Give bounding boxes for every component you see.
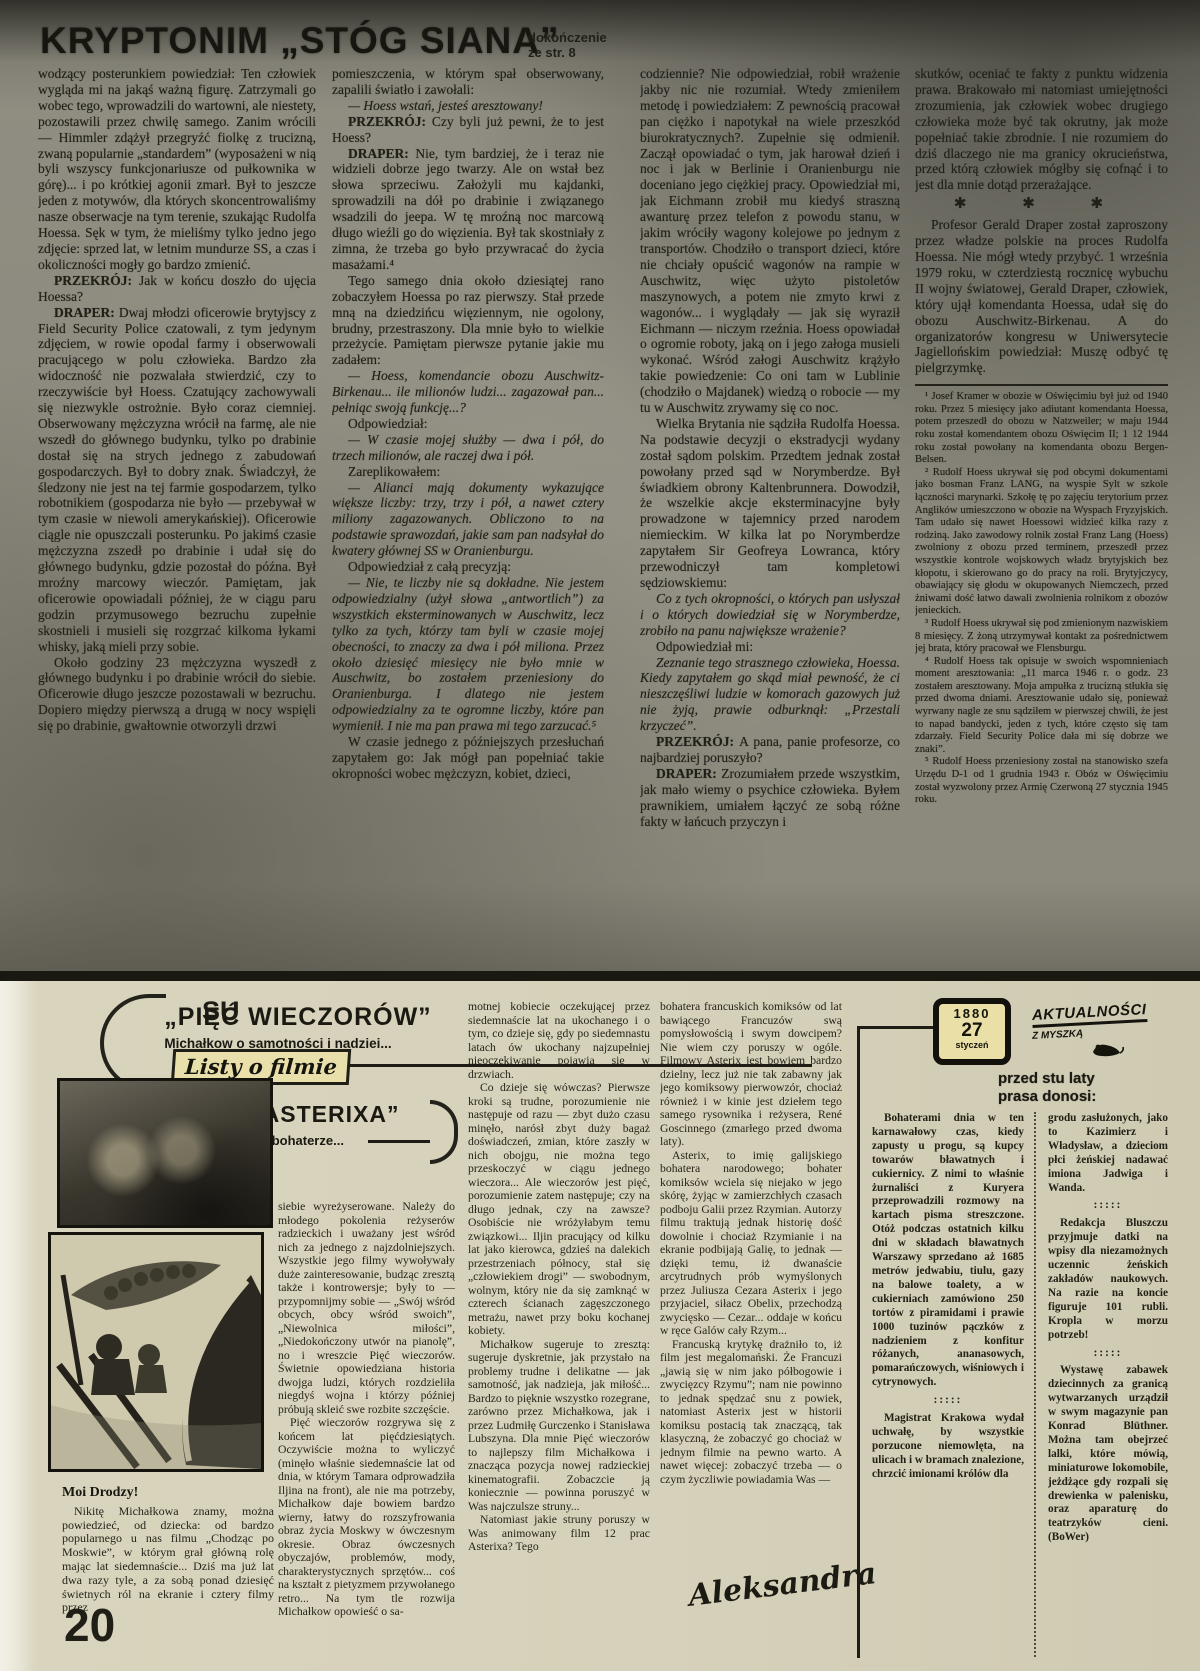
paragraph: Odpowiedział mi: bbox=[640, 639, 900, 655]
history-heading: przed stu laty prasa donosi: bbox=[998, 1070, 1178, 1106]
asterix-boat-illustration bbox=[51, 1235, 261, 1469]
history-column-left: Bohaterami dnia w ten karnawałowy czas, … bbox=[872, 1112, 1024, 1660]
continuation-note: dokończenie ze str. 8 bbox=[528, 30, 607, 60]
paragraph: ⁴ Rudolf Hoess tak opisuje w swoich wspo… bbox=[915, 656, 1168, 757]
paragraph: PRZEKRÓJ: Jak w końcu doszło do ujęcia H… bbox=[38, 273, 316, 305]
paragraph: ¹ Josef Kramer w obozie w Oświęcimiu był… bbox=[915, 391, 1168, 467]
paragraph: Wystawę zabawek dziecinnych za granicą w… bbox=[1048, 1364, 1168, 1545]
paragraph: Tego samego dnia około dziesiątej rano z… bbox=[332, 273, 604, 368]
paragraph: Odpowiedział z całą precyzją: bbox=[332, 559, 604, 575]
paragraph: ::::: bbox=[1048, 1347, 1168, 1361]
paragraph: — Hoess, komendancie obozu Auschwitz-Bir… bbox=[332, 368, 604, 416]
paragraph: Redakcja Bluszczu przyjmuje datki na wpi… bbox=[1048, 1217, 1168, 1342]
article-column-1: wodzący posterunkiem powiedział: Ten czł… bbox=[38, 66, 316, 968]
history-column-right: grodu zasłużonych, jako to Kazimierz i W… bbox=[1048, 1112, 1168, 1660]
aktualnosci-logo-text: AKTUALNOŚCI bbox=[1032, 1001, 1148, 1028]
intro-heading: Moi Drodzy! bbox=[62, 1486, 274, 1500]
film-title-five-evenings: „PIĘĆ WIECZORÓW” bbox=[148, 1003, 448, 1032]
aktualnosci-logo: AKTUALNOŚCI Z MYSZKĄ bbox=[1032, 1004, 1182, 1058]
paragraph: Francuską krytykę drażniło to, iż film j… bbox=[660, 1338, 842, 1487]
history-heading-line1: przed stu laty bbox=[998, 1070, 1095, 1087]
article-column-3: codziennie? Nie odpowiedział, robił wraż… bbox=[640, 66, 900, 968]
history-left-border bbox=[857, 1026, 860, 1658]
history-connector-line bbox=[857, 1026, 935, 1029]
bracket-curve-close bbox=[430, 1100, 458, 1164]
review-column-2: motnej kobiecie oczekującej przez siedem… bbox=[468, 1000, 650, 1662]
editor-intro: Moi Drodzy! Nikitę Michałkowa znamy, moż… bbox=[62, 1486, 274, 1615]
paragraph: bohatera francuskich komiksów od lat baw… bbox=[660, 1000, 842, 1149]
history-column-divider bbox=[1034, 1112, 1036, 1657]
paragraph: Michałkow sugeruje to zresztą: sugeruje … bbox=[468, 1338, 650, 1514]
article-column-2: pomieszczenia, w którym spał obserwowany… bbox=[332, 66, 604, 968]
paragraph: Pięć wieczorów rozgrywa się z końcem lat… bbox=[278, 1416, 455, 1619]
article-footnotes: ¹ Josef Kramer w obozie w Oświęcimiu był… bbox=[915, 384, 1168, 807]
newspaper-page: KRYPTONIM „STÓG SIANA” dokończenie ze st… bbox=[0, 0, 1200, 1671]
paragraph: ::::: bbox=[1048, 1199, 1168, 1213]
subtitle-dash bbox=[368, 1140, 430, 1143]
paragraph: Zareplikowałem: bbox=[332, 464, 604, 480]
paragraph: Co z tych okropności, o których pan usły… bbox=[640, 591, 900, 639]
paragraph: Asterix, to imię galijskiego bohatera na… bbox=[660, 1149, 842, 1338]
paragraph: codziennie? Nie odpowiedział, robił wraż… bbox=[640, 66, 900, 416]
paragraph: PRZEKRÓJ: A pana, panie profesorze, co n… bbox=[640, 734, 900, 766]
date-year: 1880 bbox=[939, 1007, 1005, 1021]
page-number: 20 bbox=[64, 1598, 115, 1652]
date-day: 27 bbox=[939, 1021, 1005, 1040]
paragraph: Wielka Brytania nie sądziła Rudolfa Hoes… bbox=[640, 416, 900, 591]
review-column-1: siebie wyreżyserowane. Należy do młodego… bbox=[278, 1200, 455, 1662]
article-panel: KRYPTONIM „STÓG SIANA” dokończenie ze st… bbox=[0, 0, 1200, 973]
date-month: styczeń bbox=[939, 1040, 1005, 1051]
paragraph: pomieszczenia, w którym spał obserwowany… bbox=[332, 66, 604, 98]
review-column-3: bohatera francuskich komiksów od lat baw… bbox=[660, 1000, 842, 1562]
paragraph: Bohaterami dnia w ten karnawałowy czas, … bbox=[872, 1112, 1024, 1390]
article-column-4: skutków, oceniać te fakty z punktu widze… bbox=[915, 66, 1168, 968]
section-divider bbox=[0, 971, 1200, 981]
paragraph: — Nie, te liczby nie są dokładne. Nie je… bbox=[332, 575, 604, 734]
paragraph: Zeznanie tego strasznego człowieka, Hoes… bbox=[640, 655, 900, 735]
paragraph: DRAPER: Zrozumiałem przede wszystkim, ja… bbox=[640, 766, 900, 830]
paragraph: motnej kobiecie oczekującej przez siedem… bbox=[468, 1000, 650, 1081]
paragraph: skutków, oceniać te fakty z punktu widze… bbox=[915, 66, 1168, 193]
continuation-note-line2: ze str. 8 bbox=[528, 45, 576, 60]
paragraph: DRAPER: Nie, tym bardziej, że i teraz ni… bbox=[332, 146, 604, 273]
paragraph: grodu zasłużonych, jako to Kazimierz i W… bbox=[1048, 1112, 1168, 1195]
article-column-4-body: skutków, oceniać te fakty z punktu widze… bbox=[915, 66, 1168, 376]
mouse-icon bbox=[1090, 1040, 1124, 1058]
paragraph: ⁵ Rudolf Hoess przeniesiony został na st… bbox=[915, 756, 1168, 806]
paragraph: ✱ ✱ ✱ bbox=[915, 197, 1168, 213]
photo-five-evenings-still bbox=[57, 1078, 273, 1228]
paragraph: W czasie jednego z późniejszych przesłuc… bbox=[332, 734, 604, 782]
paragraph: ³ Rudolf Hoess ukrywał się pod zmieniony… bbox=[915, 618, 1168, 656]
paragraph: ::::: bbox=[872, 1394, 1024, 1408]
paragraph: Magistrat Krakowa wydał uchwałę, by wszy… bbox=[872, 1412, 1024, 1482]
paragraph: Około godziny 23 mężczyzna wyszedł z głó… bbox=[38, 655, 316, 735]
author-signature: Aleksandra bbox=[687, 1557, 870, 1614]
date-badge: 1880 27 styczeń bbox=[933, 998, 1011, 1065]
paragraph: — W czasie mojej służby — dwa i pół, do … bbox=[332, 432, 604, 464]
paragraph: Natomiast jakie struny poruszy w Was ani… bbox=[468, 1513, 650, 1554]
paragraph: PRZEKRÓJ: Czy byli już pewni, że to jest… bbox=[332, 114, 604, 146]
paragraph: wodzący posterunkiem powiedział: Ten czł… bbox=[38, 66, 316, 273]
history-heading-line2: prasa donosi: bbox=[998, 1088, 1096, 1105]
paragraph: Co dzieje się wówczas? Pierwsze kroki są… bbox=[468, 1081, 650, 1338]
photo-asterix-still bbox=[48, 1232, 264, 1472]
paragraph: — Hoess wstań, jesteś aresztowany! bbox=[332, 98, 604, 114]
paragraph: Odpowiedział: bbox=[332, 416, 604, 432]
continuation-note-line1: dokończenie bbox=[528, 30, 607, 45]
paragraph: ² Rudolf Hoess ukrywał się pod obcymi do… bbox=[915, 467, 1168, 618]
paragraph: Profesor Gerald Draper został zaproszony… bbox=[915, 217, 1168, 376]
paragraph: siebie wyreżyserowane. Należy do młodego… bbox=[278, 1200, 455, 1416]
paragraph: DRAPER: Dwaj młodzi oficerowie brytyjscy… bbox=[38, 305, 316, 655]
article-title: KRYPTONIM „STÓG SIANA” bbox=[40, 20, 560, 62]
paragraph: — Alianci mają dokumenty wykazujące więk… bbox=[332, 480, 604, 560]
